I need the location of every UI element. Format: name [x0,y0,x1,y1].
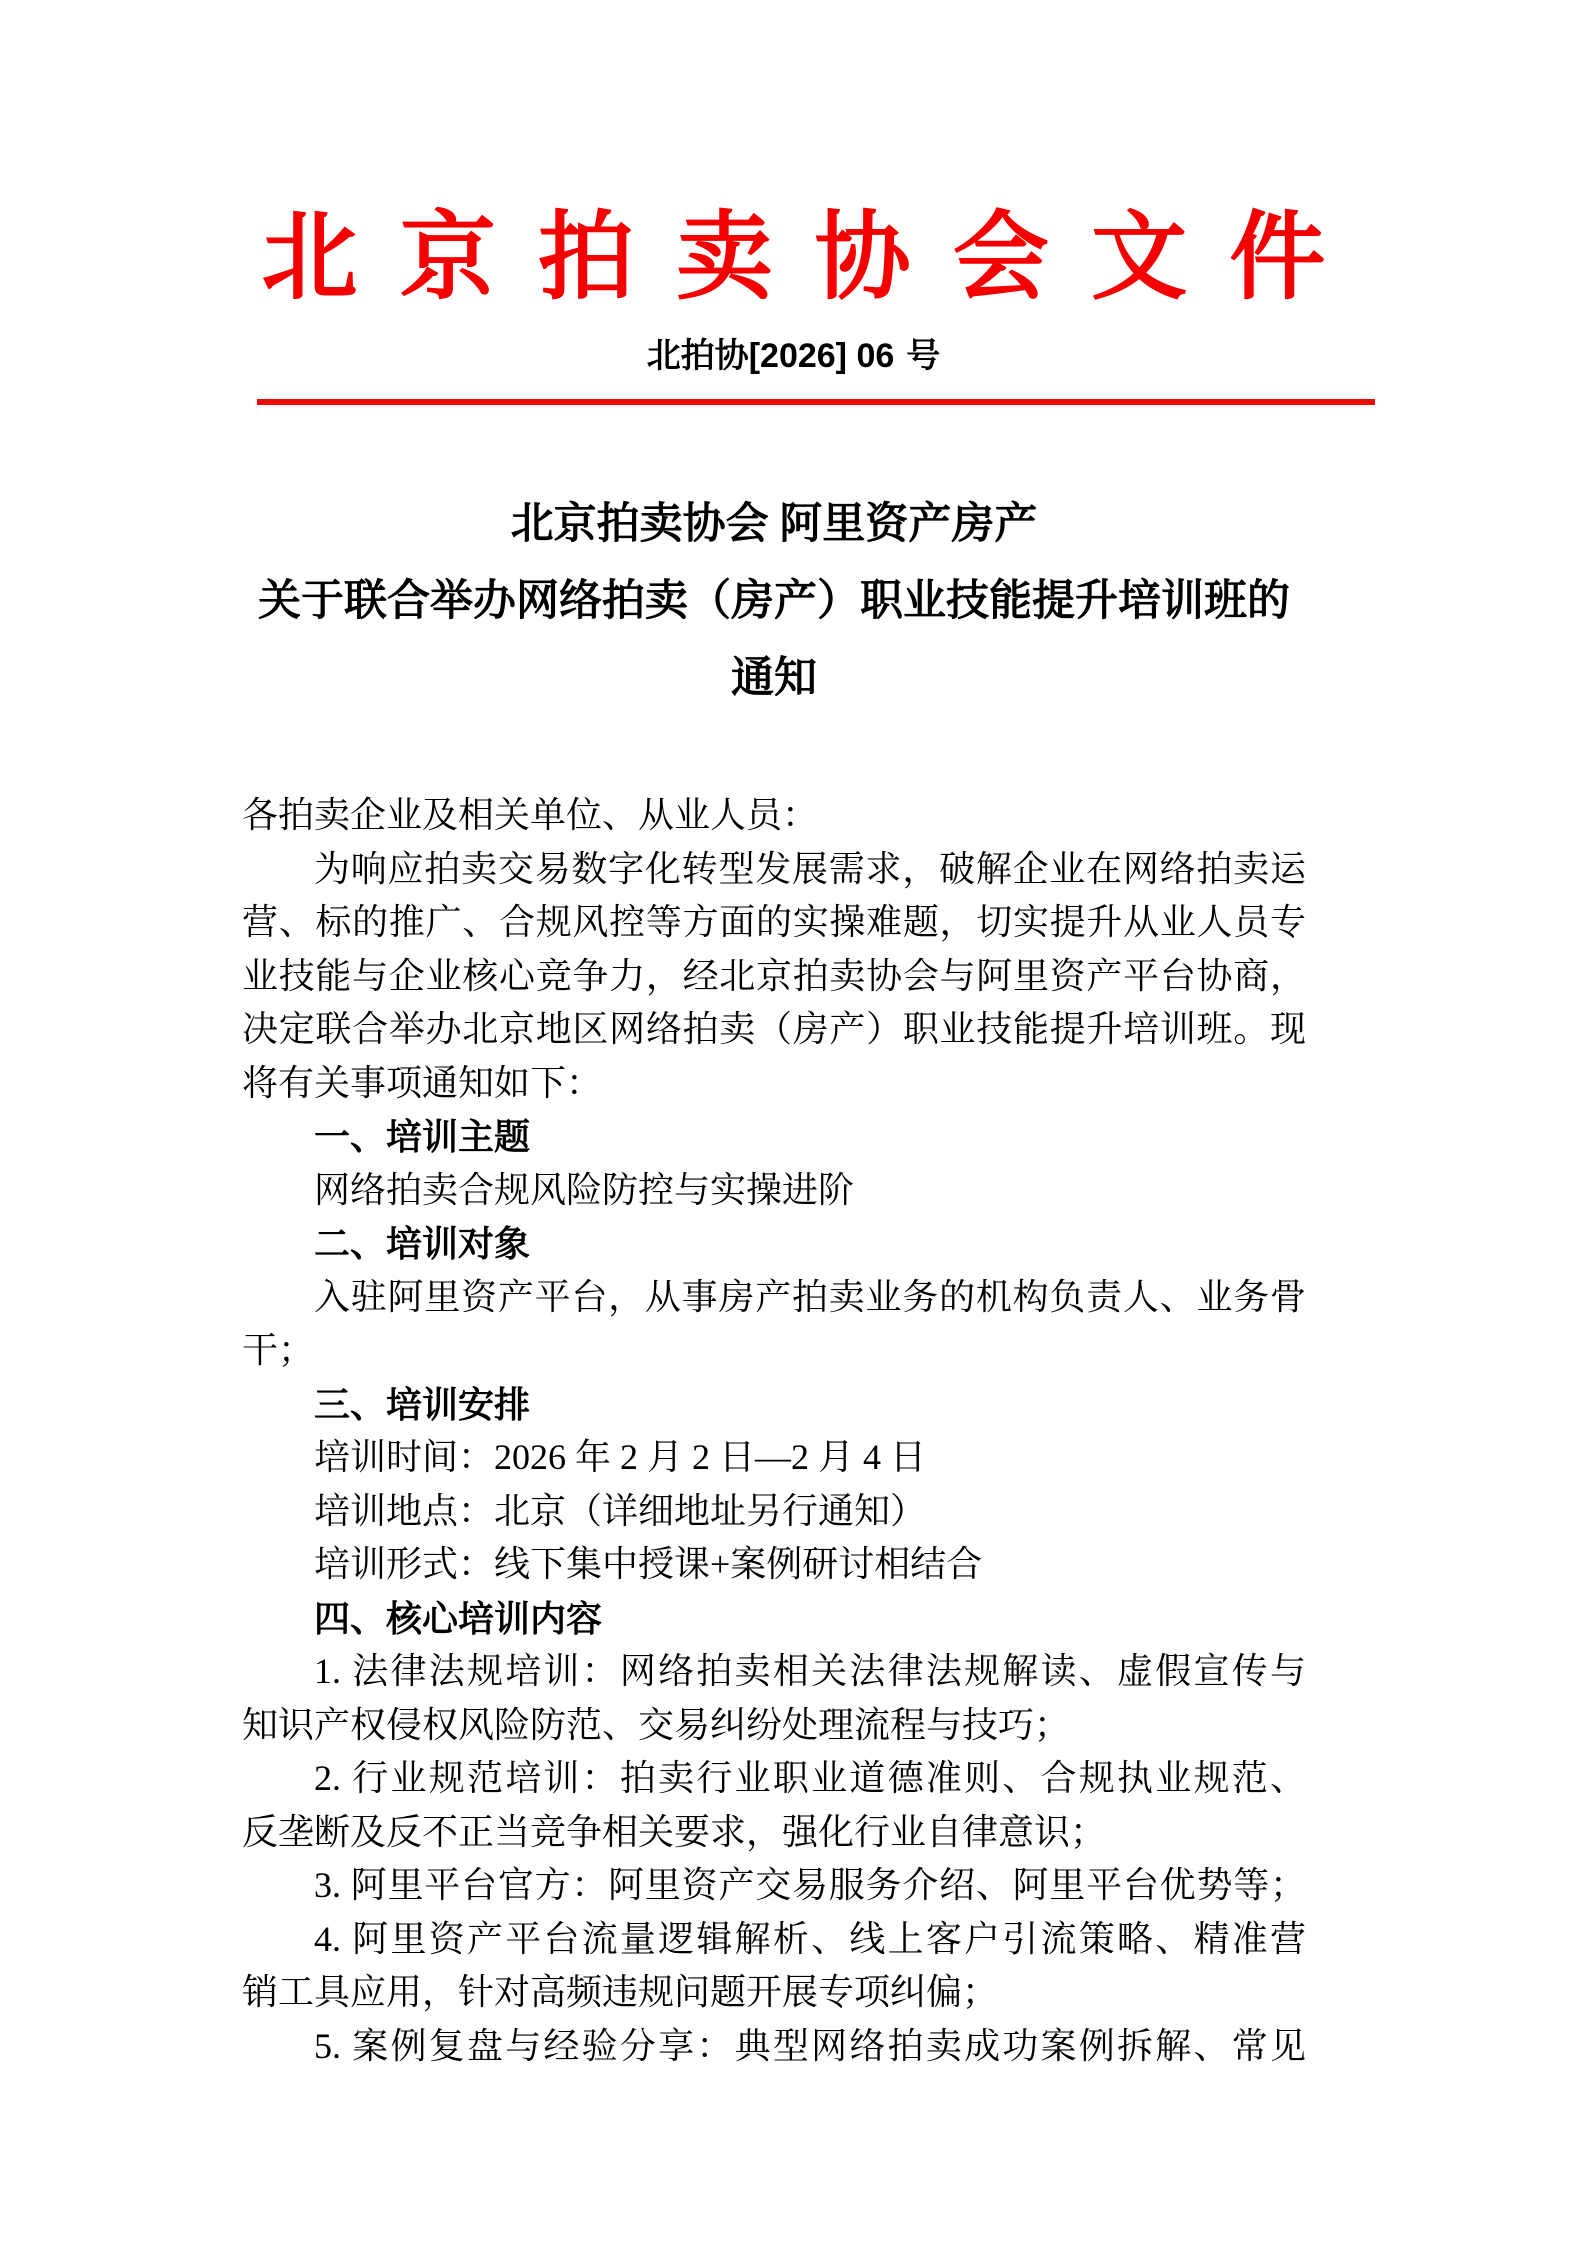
doc-number-prefix: 北拍协 [647,338,749,375]
body-line-training-format: 培训形式：线下集中授课+案例研讨相结合 [242,1538,1306,1592]
red-divider-line [257,399,1375,405]
body-line: 营、标的推广、合规风控等方面的实操难题，切实提升从业人员专 [242,896,1306,950]
body-line: 为响应拍卖交易数字化转型发展需求，破解企业在网络拍卖运 [242,843,1306,897]
body-line: 业技能与企业核心竞争力，经北京拍卖协会与阿里资产平台协商， [242,950,1306,1004]
section-heading-3: 三、培训安排 [242,1378,1306,1432]
body-line: 知识产权侵权风险防范、交易纠纷处理流程与技巧； [242,1699,1306,1753]
body-line-training-place: 培训地点：北京（详细地址另行通知） [242,1485,1306,1539]
body-line: 反垄断及反不正当竞争相关要求，强化行业自律意识； [242,1806,1306,1860]
body-line: 1. 法律法规培训：网络拍卖相关法律法规解读、虚假宣传与 [242,1645,1306,1699]
section-heading-4: 四、核心培训内容 [242,1592,1306,1646]
body-line-training-time: 培训时间：2026 年 2 月 2 日—2 月 4 日 [242,1431,1306,1485]
body-salutation: 各拍卖企业及相关单位、从业人员： [242,789,1306,843]
body-line: 4. 阿里资产平台流量逻辑解析、线上客户引流策略、精准营 [242,1913,1306,1967]
body-line: 2. 行业规范培训：拍卖行业职业道德准则、合规执业规范、 [242,1752,1306,1806]
body-line: 将有关事项通知如下： [242,1057,1306,1111]
body-line: 干； [242,1324,1306,1378]
doc-title-line3: 通知 [242,640,1306,717]
section-heading-1: 一、培训主题 [242,1110,1306,1164]
org-header-title: 北京拍卖协会文件 [0,204,1587,312]
body-line: 网络拍卖合规风险防控与实操进阶 [242,1164,1306,1218]
body-line: 3. 阿里平台官方：阿里资产交易服务介绍、阿里平台优势等； [242,1859,1306,1913]
doc-title: 北京拍卖协会 阿里资产房产 关于联合举办网络拍卖（房产）职业技能提升培训班的 通… [242,486,1306,717]
document-body: 各拍卖企业及相关单位、从业人员： 为响应拍卖交易数字化转型发展需求，破解企业在网… [242,789,1306,2073]
document-page: 北京拍卖协会文件 北拍协[2026] 06号 北京拍卖协会 阿里资产房产 关于联… [0,0,1587,2245]
doc-number: 北拍协[2026] 06号 [0,332,1587,381]
body-line: 决定联合举办北京地区网络拍卖（房产）职业技能提升培训班。现 [242,1003,1306,1057]
doc-number-value: [2026] 06 [749,337,895,375]
body-line: 5. 案例复盘与经验分享：典型网络拍卖成功案例拆解、常见 [242,2020,1306,2074]
doc-title-line2: 关于联合举办网络拍卖（房产）职业技能提升培训班的 [242,563,1306,640]
body-line: 销工具应用，针对高频违规问题开展专项纠偏； [242,1966,1306,2020]
body-line: 入驻阿里资产平台，从事房产拍卖业务的机构负责人、业务骨 [242,1271,1306,1325]
doc-title-line1: 北京拍卖协会 阿里资产房产 [242,486,1306,563]
doc-number-suffix: 号 [906,338,940,375]
section-heading-2: 二、培训对象 [242,1217,1306,1271]
